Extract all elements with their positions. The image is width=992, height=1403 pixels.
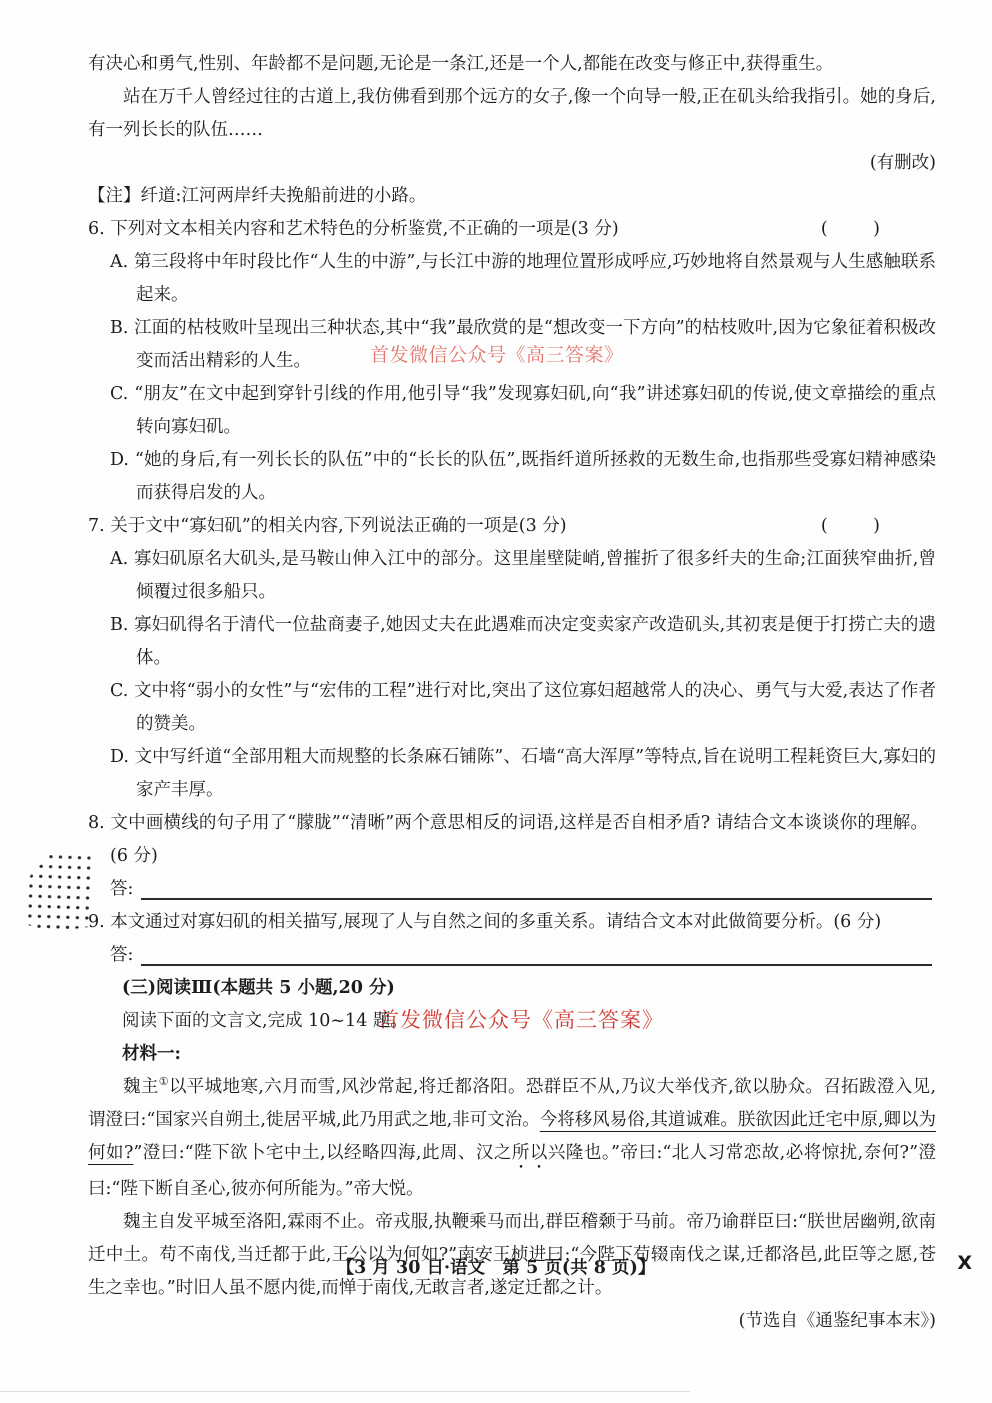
answer-blank-line	[141, 874, 932, 900]
answer-label: 答:	[110, 939, 133, 972]
question-9-answer-row: 答:	[110, 939, 936, 972]
question-6-answer-brackets: ( )	[821, 213, 894, 246]
footnote-line: 【注】纤道:江河两岸纤夫挽船前进的小路。	[88, 180, 936, 213]
option-label: B.	[110, 615, 128, 635]
page-footer: 【3 月 30 日·语文 第 5 页(共 8 页)】	[0, 1254, 992, 1279]
question-6-number: 6.	[88, 219, 105, 239]
question-6-options: A. 第三段将中年时段比作“人生的中游”,与长江中游的地理位置形成呼应,巧妙地将…	[110, 246, 936, 510]
material-1-label: 材料一:	[122, 1038, 936, 1071]
question-6-stem: 6. 下列对文本相关内容和艺术特色的分析鉴赏,不正确的一项是(3 分) ( )	[88, 213, 936, 246]
option-text: 文中写纤道“全部用粗大而规整的长条麻石铺陈”、石墙“高大浑厚”等特点,旨在说明工…	[135, 747, 936, 800]
question-6-text: 下列对文本相关内容和艺术特色的分析鉴赏,不正确的一项是(3 分)	[110, 219, 618, 239]
page-content: 有决心和勇气,性别、年龄都不是问题,无论是一条江,还是一个人,都能在改变与修正中…	[88, 48, 936, 1338]
question-7-option-d: D. 文中写纤道“全部用粗大而规整的长条麻石铺陈”、石墙“高大浑厚”等特点,旨在…	[110, 741, 936, 807]
question-7-options: A. 寡妇矶原名大矶头,是马鞍山伸入江中的部分。这里崖壁陡峭,曾摧折了很多纤夫的…	[110, 543, 936, 807]
option-text: “她的身后,有一列长长的队伍”中的“长长的队伍”,既指纤道所拯救的无数生命,也指…	[135, 450, 936, 503]
section-3-instruction: 阅读下面的文言文,完成 10~14 题。	[122, 1005, 936, 1038]
question-7-option-b: B. 寡妇矶得名于清代一位盐商妻子,她因丈夫在此遇难而决定变卖家产改造矶头,其初…	[110, 609, 936, 675]
option-label: A.	[110, 549, 128, 569]
option-label: A.	[110, 252, 128, 272]
option-label: C.	[110, 681, 128, 701]
question-9-stem: 9. 本文通过对寡妇矶的相关描写,展现了人与自然之间的多重关系。请结合文本对此做…	[88, 906, 936, 939]
question-6-option-a: A. 第三段将中年时段比作“人生的中游”,与长江中游的地理位置形成呼应,巧妙地将…	[110, 246, 936, 312]
question-7-number: 7.	[88, 516, 105, 536]
footer-right-mark: X	[957, 1252, 972, 1274]
answer-blank-line	[141, 940, 932, 966]
classical-source: (节选自《通鉴纪事本末》)	[88, 1305, 936, 1338]
classical-paragraph-1: 魏主①以平城地寒,六月而雪,风沙常起,将迁都洛阳。恐群臣不从,乃议大举伐齐,欲以…	[88, 1071, 936, 1206]
option-text: “朋友”在文中起到穿针引线的作用,他引导“我”发现寡妇矶,向“我”讲述寡妇矶的传…	[134, 384, 936, 437]
option-text: 第三段将中年时段比作“人生的中游”,与长江中游的地理位置形成呼应,巧妙地将自然景…	[134, 252, 936, 305]
question-7-text: 关于文中“寡妇矶”的相关内容,下列说法正确的一项是(3 分)	[110, 516, 566, 536]
exam-paper-page: 首发微信公众号《高三答案》 首发微信公众号《高三答案》 有决心和勇气,性别、年龄…	[0, 0, 992, 1403]
question-7-option-a: A. 寡妇矶原名大矶头,是马鞍山伸入江中的部分。这里崖壁陡峭,曾摧折了很多纤夫的…	[110, 543, 936, 609]
option-label: B.	[110, 318, 128, 338]
attribution: (有删改)	[88, 147, 936, 180]
question-7-answer-brackets: ( )	[821, 510, 894, 543]
option-label: C.	[110, 384, 128, 404]
question-8-number: 8.	[88, 813, 105, 833]
question-8-answer-row: 答:	[110, 873, 936, 906]
option-text: 寡妇矶原名大矶头,是马鞍山伸入江中的部分。这里崖壁陡峭,曾摧折了很多纤夫的生命;…	[134, 549, 936, 602]
print-registration-dot-mark	[25, 851, 94, 933]
question-6-option-d: D. “她的身后,有一列长长的队伍”中的“长长的队伍”,既指纤道所拯救的无数生命…	[110, 444, 936, 510]
question-8-text: 文中画横线的句子用了“朦胧”“清晰”两个意思相反的词语,这样是否自相矛盾? 请结…	[110, 813, 928, 866]
question-6-option-c: C. “朋友”在文中起到穿针引线的作用,他引导“我”发现寡妇矶,向“我”讲述寡妇…	[110, 378, 936, 444]
option-label: D.	[110, 747, 129, 767]
question-9-text: 本文通过对寡妇矶的相关描写,展现了人与自然之间的多重关系。请结合文本对此做简要分…	[110, 912, 881, 932]
question-7-option-c: C. 文中将“弱小的女性”与“宏伟的工程”进行对比,突出了这位寡妇超越常人的决心…	[110, 675, 936, 741]
question-7-stem: 7. 关于文中“寡妇矶”的相关内容,下列说法正确的一项是(3 分) ( )	[88, 510, 936, 543]
question-9-number: 9.	[88, 912, 105, 932]
option-text: 文中将“弱小的女性”与“宏伟的工程”进行对比,突出了这位寡妇超越常人的决心、勇气…	[134, 681, 936, 734]
option-text: 寡妇矶得名于清代一位盐商妻子,她因丈夫在此遇难而决定变卖家产改造矶头,其初衷是便…	[134, 615, 936, 668]
answer-label: 答:	[110, 873, 133, 906]
option-label: D.	[110, 450, 129, 470]
section-3-heading: (三)阅读Ⅲ(本题共 5 小题,20 分)	[122, 972, 936, 1005]
intro-paragraph-2: 站在万千人曾经过往的古道上,我仿佛看到那个远方的女子,像一个向导一般,正在矶头给…	[88, 81, 936, 147]
question-8-stem: 8. 文中画横线的句子用了“朦胧”“清晰”两个意思相反的词语,这样是否自相矛盾?…	[88, 807, 936, 873]
bottom-scan-line	[0, 1391, 690, 1392]
intro-paragraph-1: 有决心和勇气,性别、年龄都不是问题,无论是一条江,还是一个人,都能在改变与修正中…	[88, 48, 936, 81]
watermark-red-light: 首发微信公众号《高三答案》	[370, 340, 624, 367]
